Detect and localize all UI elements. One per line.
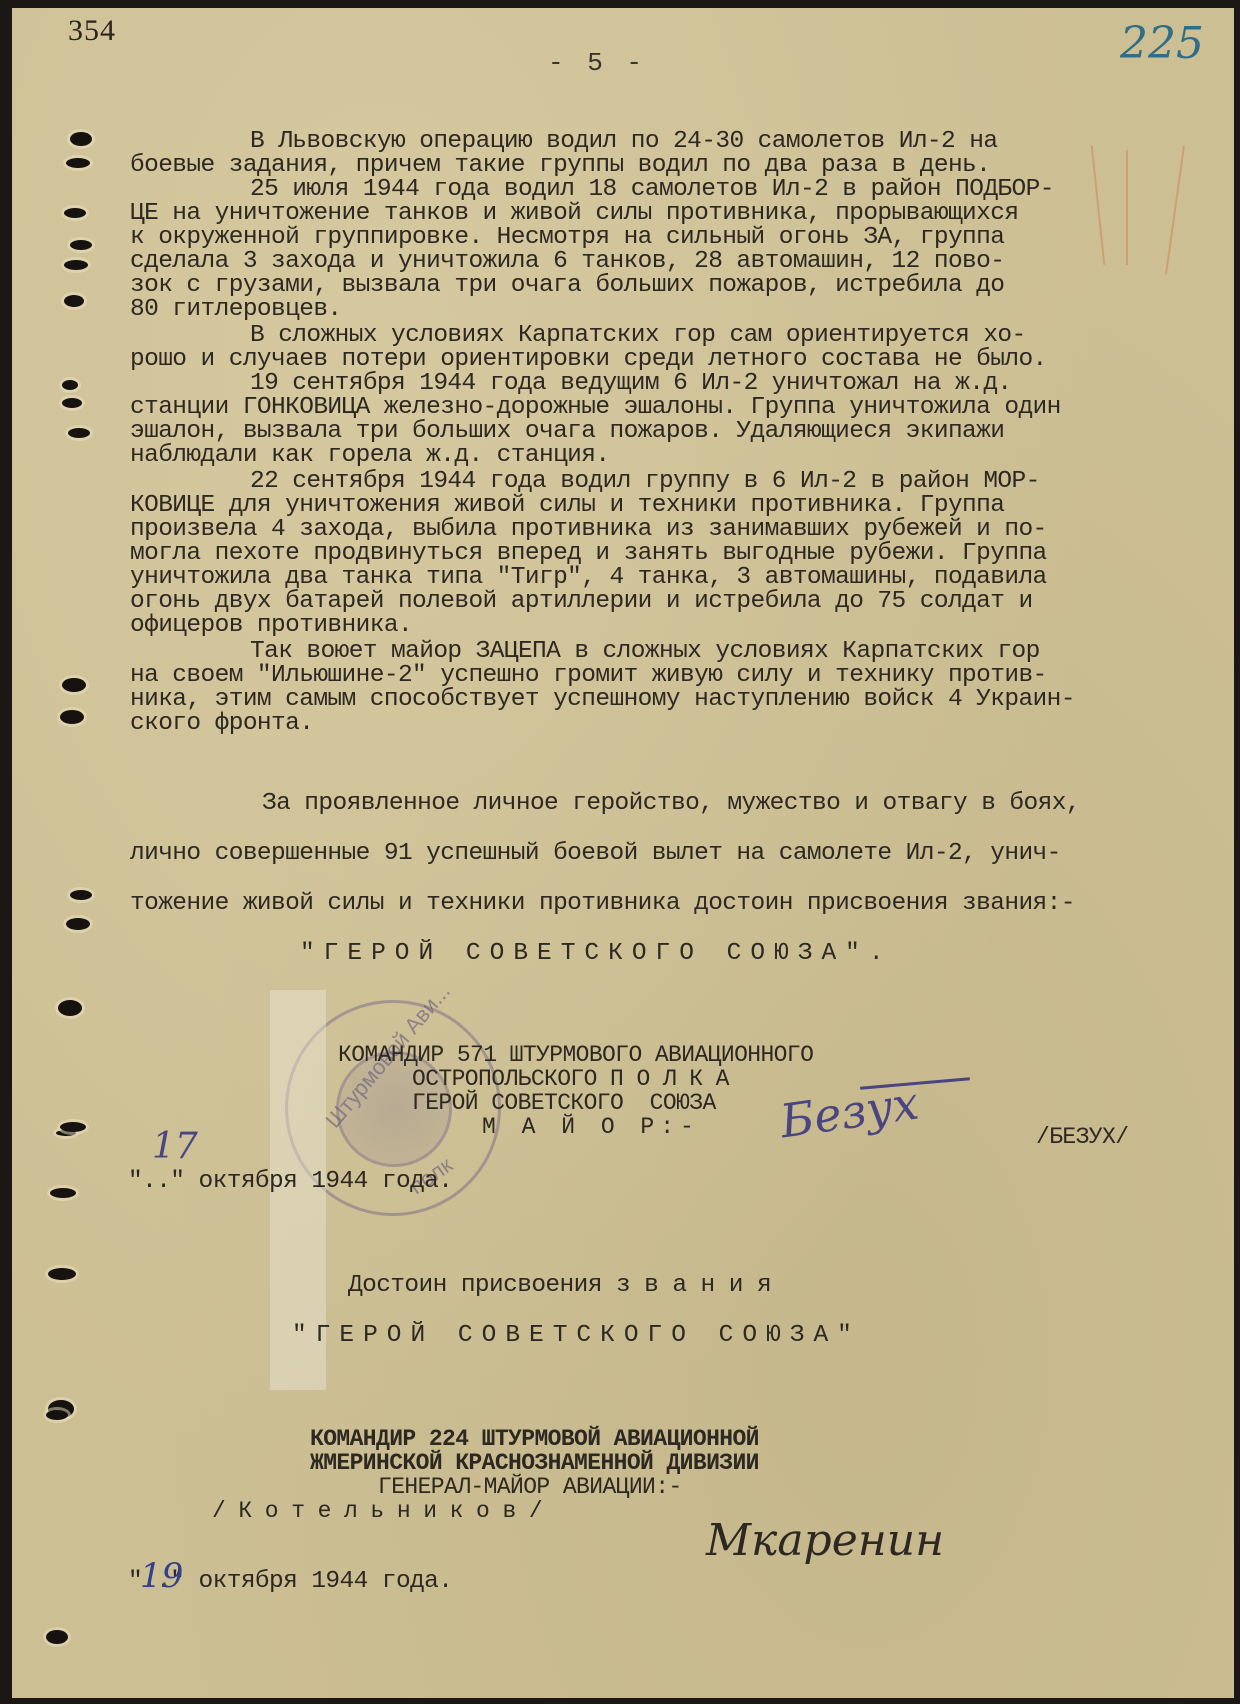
body-line: зок с грузами, вызвала три очага больших… xyxy=(130,272,1004,299)
body-line: на своем "Ильюшине-2" успешно громит жив… xyxy=(130,662,1047,689)
body-line: могла пехоте продвинуться вперед и занят… xyxy=(130,540,1047,567)
signature-date: ".." октября 1944 года. xyxy=(128,1168,452,1195)
body-line: 19 сентября 1944 года ведущим 6 Ил-2 уни… xyxy=(250,370,1012,397)
handwritten-day: 17 xyxy=(152,1126,198,1167)
conclusion-line: За проявленное личное геройство, мужеств… xyxy=(262,790,1080,817)
page-number: - 5 - xyxy=(548,48,646,78)
signature-rank: М А Й О Р:- xyxy=(482,1114,700,1140)
signatory-name: / К о т е л ь н и к о в / xyxy=(212,1498,542,1524)
body-line: уничтожила два танка типа "Тигр", 4 танк… xyxy=(130,564,1047,591)
body-line: произвела 4 захода, выбила противника из… xyxy=(130,516,1047,543)
endorsement-line: Достоин присвоения з в а н и я xyxy=(348,1272,771,1299)
body-line: 80 гитлеровцев. xyxy=(130,296,342,323)
signature-title-line: ГЕНЕРАЛ-МАЙОР АВИАЦИИ:- xyxy=(378,1474,682,1500)
body-line: КОВИЦЕ для уничтожения живой силы и техн… xyxy=(130,492,1004,519)
signature-title-line: ГЕРОЙ СОВЕТСКОГО СОЮЗА xyxy=(412,1090,716,1116)
body-line: огонь двух батарей полевой артиллерии и … xyxy=(130,588,1033,615)
body-line: 22 сентября 1944 года водил группу в 6 И… xyxy=(250,468,1040,495)
body-line: станции ГОНКОВИЦА железно-дорожные эшало… xyxy=(130,394,1061,421)
body-line: ника, этим самым способствует успешному … xyxy=(130,686,1075,713)
body-line: В Львовскую операцию водил по 24-30 само… xyxy=(250,128,997,155)
handwritten-folio-number: 225 xyxy=(1120,18,1204,69)
body-line: сделала 3 захода и уничтожила 6 танков, … xyxy=(130,248,1004,275)
endorsement-title: "ГЕРОЙ СОВЕТСКОГО СОЮЗА" xyxy=(292,1322,861,1349)
conclusion-line: тожение живой силы и техники противника … xyxy=(130,890,1075,917)
body-line: эшалон, вызвала три больших очага пожаро… xyxy=(130,418,1004,445)
handwritten-signature: Мкаренин xyxy=(706,1515,944,1566)
body-line: ского фронта. xyxy=(130,710,313,737)
body-line: 25 июля 1944 года водил 18 самолетов Ил-… xyxy=(250,176,1054,203)
award-title: "ГЕРОЙ СОВЕТСКОГО СОЮЗА". xyxy=(300,940,893,967)
signature-title-line: ОСТРОПОЛЬСКОГО П О Л К А xyxy=(412,1066,729,1092)
body-line: к окруженной группировке. Несмотря на си… xyxy=(130,224,1004,251)
body-line: ЦЕ на уничтожение танков и живой силы пр… xyxy=(130,200,1018,227)
body-line: офицеров противника. xyxy=(130,612,412,639)
signatory-name: /БЕЗУХ/ xyxy=(1036,1124,1128,1150)
body-line: Так воюет майор ЗАЦЕПА в сложных условия… xyxy=(250,638,1040,665)
body-line: наблюдали как горела ж.д. станция. xyxy=(130,442,609,469)
conclusion-line: лично совершенные 91 успешный боевой выл… xyxy=(130,840,1061,867)
signature-title-line: ЖМЕРИНСКОЙ КРАСНОЗНАМЕННОЙ ДИВИЗИИ xyxy=(310,1450,759,1476)
archive-number: 354 xyxy=(68,14,116,48)
signature-title-line: КОМАНДИР 571 ШТУРМОВОГО АВИАЦИОННОГО xyxy=(338,1042,813,1068)
body-line: рошо и случаев потери ориентировки среди… xyxy=(130,346,1047,373)
scan-border xyxy=(0,0,1240,8)
handwritten-day: 19 xyxy=(140,1556,183,1596)
signature-title-line: КОМАНДИР 224 ШТУРМОВОЙ АВИАЦИОННОЙ xyxy=(310,1426,759,1452)
body-line: В сложных условиях Карпатских гор сам ор… xyxy=(250,322,1026,349)
body-line: боевые задания, причем такие группы води… xyxy=(130,152,990,179)
